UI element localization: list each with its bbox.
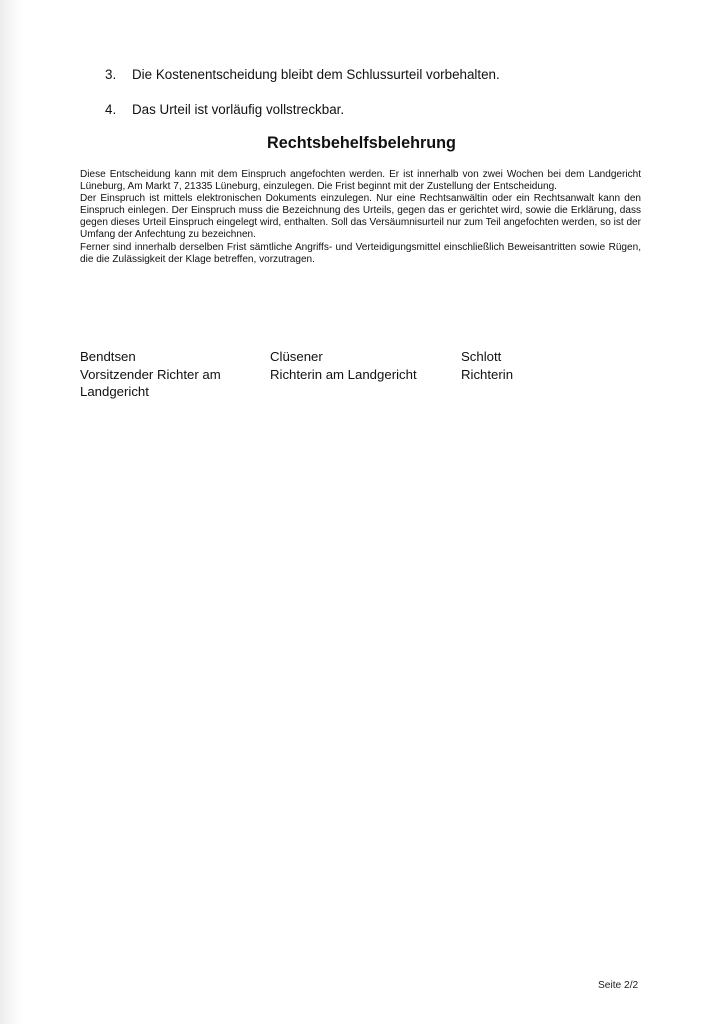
tenor-item-number: 3.: [105, 67, 132, 83]
tenor-item-3: 3.Die Kostenentscheidung bleibt dem Schl…: [105, 67, 500, 83]
tenor-item-4: 4.Das Urteil ist vorläufig vollstreckbar…: [105, 102, 344, 118]
section-heading: Rechtsbehelfsbelehrung: [0, 133, 723, 153]
judge-title: Richterin: [461, 366, 611, 384]
signature-judge-1: Bendtsen Vorsitzender Richter am Landger…: [80, 348, 250, 401]
tenor-item-text: Die Kostenentscheidung bleibt dem Schlus…: [132, 67, 500, 82]
tenor-item-number: 4.: [105, 102, 132, 118]
section-heading-text: Rechtsbehelfsbelehrung: [267, 134, 456, 152]
legal-remedy-instructions: Diese Entscheidung kann mit dem Einspruc…: [80, 169, 641, 266]
judge-title: Vorsitzender Richter am Landgericht: [80, 366, 250, 401]
judge-name: Schlott: [461, 348, 611, 366]
tenor-item-text: Das Urteil ist vorläufig vollstreckbar.: [132, 102, 344, 117]
instruction-paragraph: Der Einspruch ist mittels elektronischen…: [80, 193, 641, 241]
signature-judge-2: Clüsener Richterin am Landgericht: [270, 348, 450, 383]
page-number: Seite 2/2: [598, 980, 638, 992]
judge-name: Bendtsen: [80, 348, 250, 366]
instruction-paragraph: Diese Entscheidung kann mit dem Einspruc…: [80, 169, 641, 193]
document-page: 3.Die Kostenentscheidung bleibt dem Schl…: [0, 0, 723, 1024]
judge-title: Richterin am Landgericht: [270, 366, 450, 384]
judge-name: Clüsener: [270, 348, 450, 366]
signature-judge-3: Schlott Richterin: [461, 348, 611, 383]
instruction-paragraph: Ferner sind innerhalb derselben Frist sä…: [80, 242, 641, 266]
